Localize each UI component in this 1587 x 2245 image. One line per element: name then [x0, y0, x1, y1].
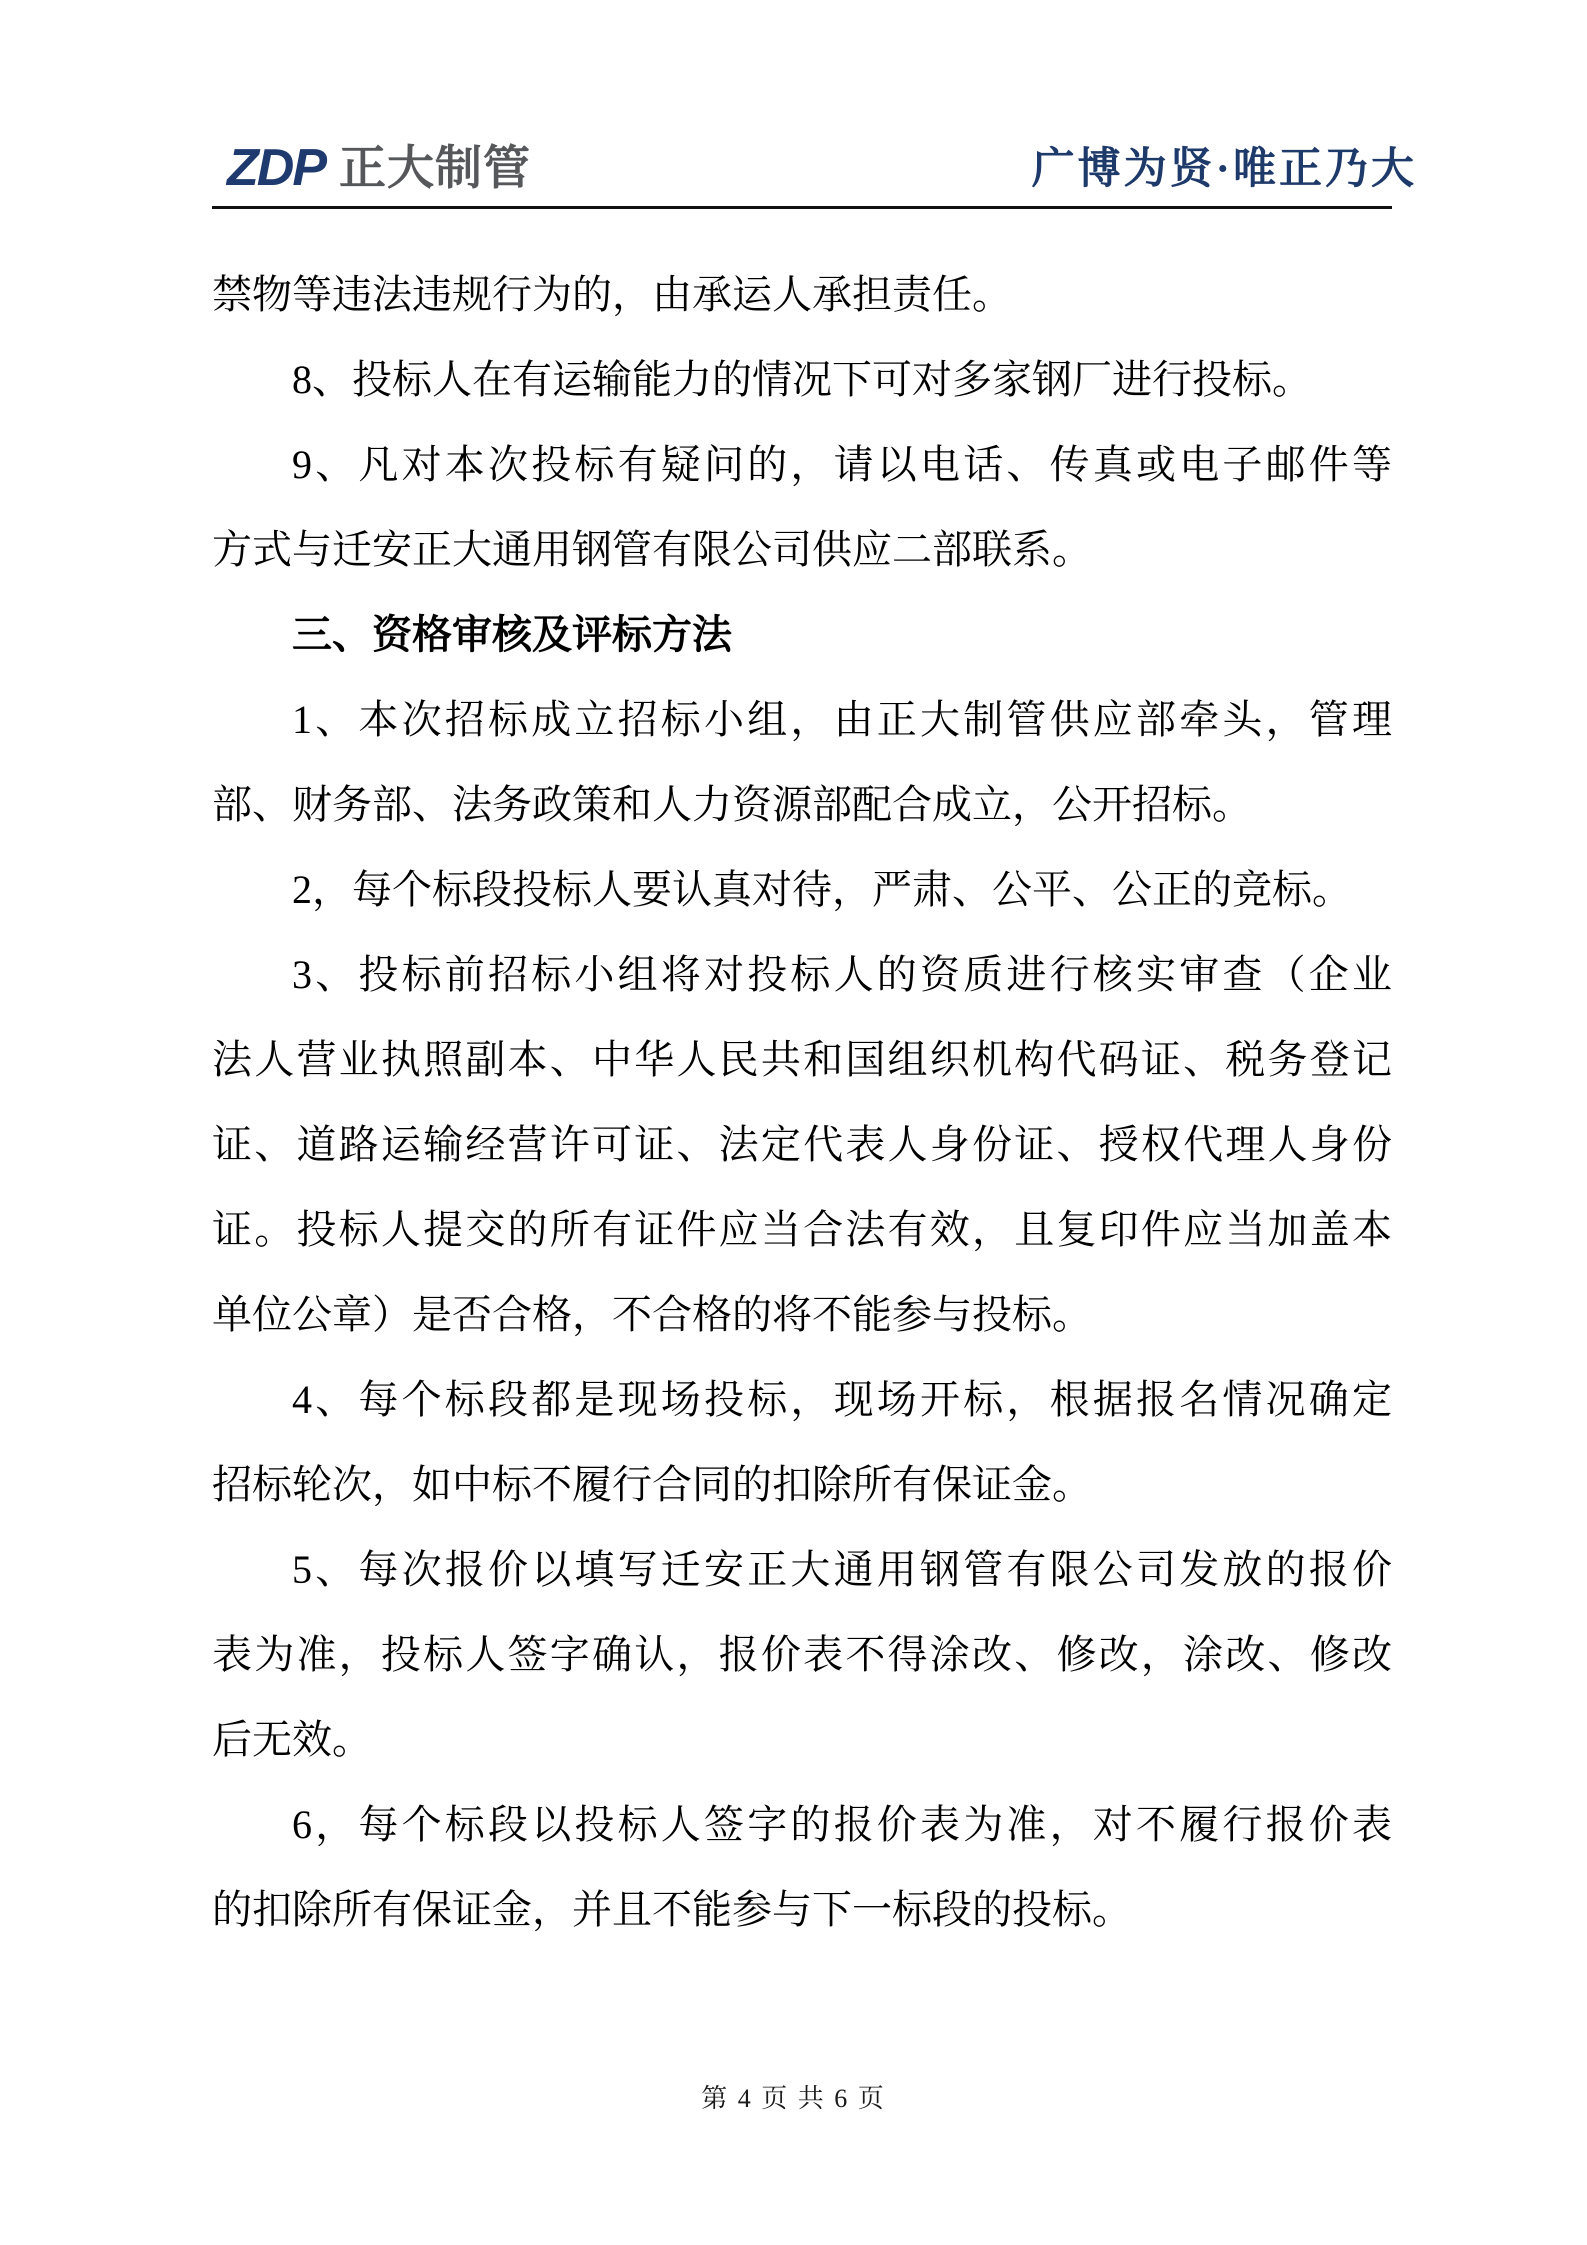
page-footer: 第 4 页 共 6 页 [0, 2082, 1587, 2116]
text-line: 5、每次报价以填写迁安正大通用钢管有限公司发放的报价 [212, 1527, 1392, 1612]
text-line: 8、投标人在有运输能力的情况下可对多家钢厂进行投标。 [212, 337, 1392, 422]
text-line: 单位公章）是否合格，不合格的将不能参与投标。 [212, 1272, 1392, 1357]
text-line: 后无效。 [212, 1697, 1392, 1782]
text-line: 的扣除所有保证金，并且不能参与下一标段的投标。 [212, 1867, 1392, 1952]
document-body: 禁物等违法违规行为的，由承运人承担责任。8、投标人在有运输能力的情况下可对多家钢… [212, 252, 1392, 1952]
text-line: 9、凡对本次投标有疑问的，请以电话、传真或电子邮件等 [212, 422, 1392, 507]
text-line: 招标轮次，如中标不履行合同的扣除所有保证金。 [212, 1442, 1392, 1527]
company-name: 正大制管 [339, 143, 531, 193]
text-line: 部、财务部、法务政策和人力资源部配合成立，公开招标。 [212, 762, 1392, 847]
document-page: ZDP 正大制管 广博为贤·唯正乃大 禁物等违法违规行为的，由承运人承担责任。8… [0, 0, 1587, 2245]
company-slogan: 广博为贤·唯正乃大 [1032, 146, 1417, 194]
text-line: 6，每个标段以投标人签字的报价表为准，对不履行报价表 [212, 1782, 1392, 1867]
text-line: 证。投标人提交的所有证件应当合法有效，且复印件应当加盖本 [212, 1187, 1392, 1272]
text-line: 1、本次招标成立招标小组，由正大制管供应部牵头，管理 [212, 677, 1392, 762]
section-heading: 三、资格审核及评标方法 [212, 592, 1392, 677]
page-header: ZDP 正大制管 广博为贤·唯正乃大 [0, 0, 1587, 212]
text-line: 证、道路运输经营许可证、法定代表人身份证、授权代理人身份 [212, 1102, 1392, 1187]
text-line: 4、每个标段都是现场投标，现场开标，根据报名情况确定 [212, 1357, 1392, 1442]
text-line: 2，每个标段投标人要认真对待，严肃、公平、公正的竞标。 [212, 847, 1392, 932]
page-number: 第 4 页 共 6 页 [701, 2084, 886, 2113]
zdp-logo-mark: ZDP [227, 142, 325, 194]
text-line: 3、投标前招标小组将对投标人的资质进行核实审查（企业 [212, 932, 1392, 1017]
text-line: 法人营业执照副本、中华人民共和国组织机构代码证、税务登记 [212, 1017, 1392, 1102]
header-divider [212, 206, 1392, 209]
company-logo: ZDP 正大制管 [227, 138, 531, 198]
text-line: 禁物等违法违规行为的，由承运人承担责任。 [212, 252, 1392, 337]
text-line: 表为准，投标人签字确认，报价表不得涂改、修改，涂改、修改 [212, 1612, 1392, 1697]
text-line: 方式与迁安正大通用钢管有限公司供应二部联系。 [212, 507, 1392, 592]
